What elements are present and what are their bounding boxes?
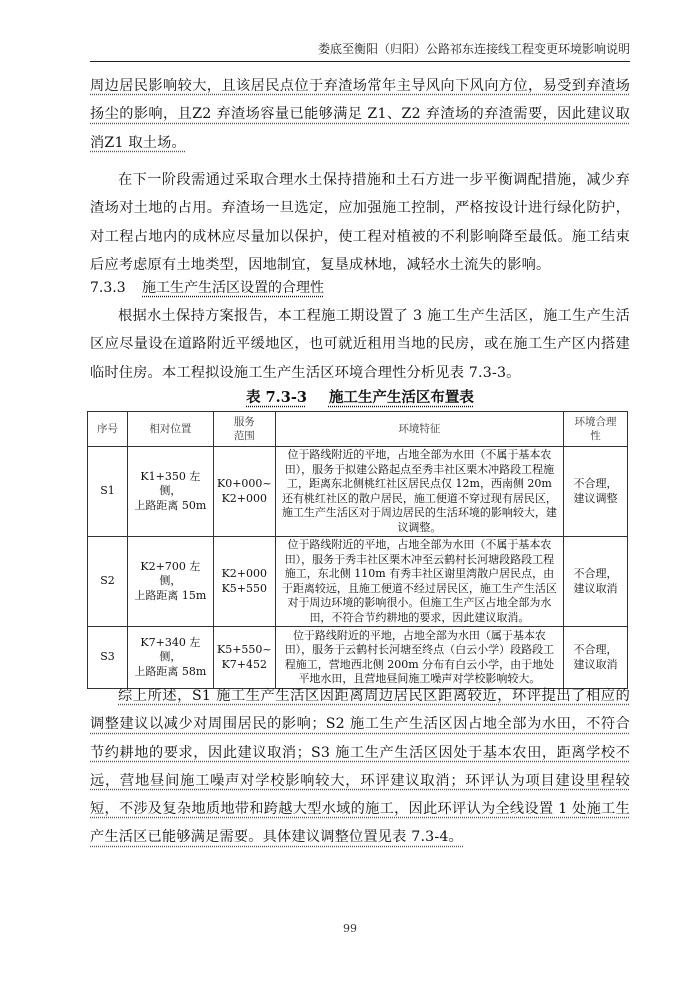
cell-id: S1: [88, 447, 128, 537]
range-line-1: K2+000: [217, 567, 272, 582]
position-line-2: 上路距离 50m: [131, 499, 210, 514]
table-row: S3 K7+340 左侧， 上路距离 58m K5+550~ K7+452 位于…: [88, 627, 628, 689]
header-serial: 序号: [88, 412, 128, 447]
header-env-feature: 环境特征: [275, 412, 563, 447]
camp-layout-table: 序号 相对位置 服务 范围 环境特征 环境合理 性 S1 K1+350 左侧， …: [87, 411, 628, 689]
range-line-1: K0+000~: [217, 477, 272, 492]
section-title: 施工生产生活区设置的合理性: [142, 280, 324, 296]
verdict-line-2: 建议调整: [567, 492, 624, 507]
verdict-line-1: 不合理，: [567, 567, 624, 582]
header-service-range: 服务 范围: [213, 412, 275, 447]
verdict-line-1: 不合理，: [567, 477, 624, 492]
verdict-line-1: 不合理，: [567, 643, 624, 658]
cell-id: S2: [88, 537, 128, 627]
section-number: 7.3.3: [90, 274, 142, 302]
header-env-reasonableness: 环境合理 性: [564, 412, 628, 447]
table-row: S1 K1+350 左侧， 上路距离 50m K0+000~ K2+000 位于…: [88, 447, 628, 537]
cell-verdict: 不合理， 建议取消: [564, 627, 628, 689]
position-line-2: 上路距离 58m: [131, 665, 210, 680]
table-caption-number: 表 7.3-3: [246, 389, 307, 406]
cell-range: K5+550~ K7+452: [213, 627, 275, 689]
cell-feature: 位于路线附近的平地，占地全部为水田（属于基本农田），服务于云鹤村长河塘至终点（白…: [275, 627, 563, 689]
running-header-title: 娄底至衡阳（归阳）公路祁东连接线工程变更环境影响说明: [318, 42, 630, 56]
range-line-1: K5+550~: [217, 643, 272, 658]
header-service-line-2: 范围: [217, 429, 272, 444]
position-line-1: K1+350 左侧，: [131, 470, 210, 499]
cell-position: K7+340 左侧， 上路距离 58m: [127, 627, 213, 689]
position-line-2: 上路距离 15m: [131, 589, 210, 604]
cell-verdict: 不合理， 建议取消: [564, 537, 628, 627]
running-header: 娄底至衡阳（归阳）公路祁东连接线工程变更环境影响说明: [90, 40, 630, 62]
paragraph-summary: 综上所述，S1 施工生产生活区因距离周边居民区距离较近，环评提出了相应的调整建议…: [90, 682, 630, 852]
cell-range: K0+000~ K2+000: [213, 447, 275, 537]
header-service-line-1: 服务: [217, 415, 272, 430]
verdict-line-2: 建议取消: [567, 658, 624, 673]
cell-id: S3: [88, 627, 128, 689]
paragraph-camp-setup: 根据水土保持方案报告，本工程施工期设置了 3 施工生产生活区，施工生产生活区应尽…: [90, 302, 630, 387]
cell-feature: 位于路线附近的平地，占地全部为水田（不属于基本农田），服务于秀丰社区栗木冲至云鹤…: [275, 537, 563, 627]
header-reason-line-1: 环境合理: [567, 415, 624, 430]
range-line-2: K7+452: [217, 658, 272, 673]
header-position: 相对位置: [127, 412, 213, 447]
paragraph-z1-cancellation: 周边居民影响较大，且该居民点位于弃渣场常年主导风向下风向方位，易受到弃渣场扬尘的…: [90, 72, 630, 157]
range-line-2: K2+000: [217, 492, 272, 507]
cell-verdict: 不合理， 建议调整: [564, 447, 628, 537]
page-number: 99: [0, 922, 700, 935]
paragraph-spoil-site-measures: 在下一阶段需通过采取合理水土保持措施和土石方进一步平衡调配措施，减少弃渣场对土地…: [90, 166, 630, 279]
table-header-row: 序号 相对位置 服务 范围 环境特征 环境合理 性: [88, 412, 628, 447]
position-line-1: K7+340 左侧，: [131, 636, 210, 665]
verdict-line-2: 建议取消: [567, 582, 624, 597]
cell-position: K1+350 左侧， 上路距离 50m: [127, 447, 213, 537]
range-line-2: K5+550: [217, 582, 272, 597]
table-row: S2 K2+700 左侧， 上路距离 15m K2+000 K5+550 位于路…: [88, 537, 628, 627]
cell-feature: 位于路线附近的平地，占地全部为水田（不属于基本农田），服务于拟建公路起点至秀丰社…: [275, 447, 563, 537]
table-caption: 表 7.3-3施工生产生活区布置表: [90, 386, 630, 407]
header-reason-line-2: 性: [567, 429, 624, 444]
table-caption-title: 施工生产生活区布置表: [329, 389, 474, 406]
cell-position: K2+700 左侧， 上路距离 15m: [127, 537, 213, 627]
section-heading: 7.3.3施工生产生活区设置的合理性: [90, 274, 324, 302]
position-line-1: K2+700 左侧，: [131, 560, 210, 589]
cell-range: K2+000 K5+550: [213, 537, 275, 627]
